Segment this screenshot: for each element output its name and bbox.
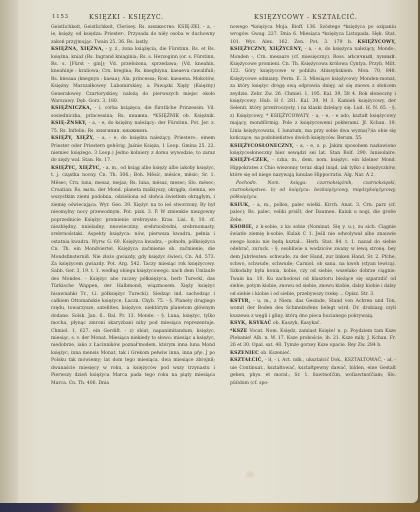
headword: KSIĘŻY, XIĘŻY, (51, 136, 94, 141)
headword: KSZENIEC (230, 351, 259, 356)
headword: KSZTAŁCIĆ, (230, 358, 263, 363)
headword: KSOBIE, (230, 225, 254, 230)
headword: KSYK, KSYKAĆ (230, 321, 271, 326)
headword: KSIĘŻY-CZEK, (230, 158, 269, 163)
dictionary-entry: KSZTAŁCIĆ, - ił, - i, Act. ndk., ukształ… (230, 357, 396, 387)
page-number: 1153 (52, 14, 69, 20)
page-header: 1153 KSIĘZKI - KSIĘZYC. KSIĘZYCOWY - KSZ… (44, 14, 396, 24)
dictionary-entry: KSZENIEC ob. Kszenieć. (230, 350, 396, 357)
headword: KSIĘŻYC, XIĘŻYC, (51, 166, 101, 171)
headword: KSIĘŻNICZKA, (51, 106, 92, 111)
headword: KSIĘŻNA, XIĘŻNA, (51, 47, 104, 52)
dictionary-entry: KSIĘŻNICZKA, - i, córka książęca, die fü… (51, 105, 215, 135)
headword: KSIĘ-ŻNSKY, (51, 121, 87, 126)
left-column: Geistlichkeit, Geistlichkeit, Clerisey. … (51, 24, 215, 387)
entry-continuation: nowego *księżyca Moja. Bioff. 136. Szóst… (230, 24, 396, 143)
dictionary-entry: KSOBIE, z k-sobie, z ku sobie (Nominat. … (230, 224, 396, 298)
dictionary-entry: KSIUK, - a, m., pollex, palec wielki. Ki… (230, 202, 396, 224)
dictionary-entry: KSTYR, - u, m., z Niem. das Gesinde, Sta… (230, 298, 396, 320)
dictionary-entry: KSIĘŻYC, XIĘŻYC, - a, m., od ksiąg albo … (51, 165, 215, 387)
dictionary-entry: *KSZE Vocat. Nom. Księdz, zamiast Księże… (230, 328, 396, 350)
dictionary-entry: KSIĘŻYCOSŁONECZNY, - a, - e, z. p. Jakim… (230, 143, 396, 180)
book-binding-edge (0, 503, 420, 512)
headword: KSTYR, (230, 299, 250, 304)
left-running-head: KSIĘZKI - KSIĘZYC. (89, 14, 164, 21)
dictionary-entry: KSIĘŻY, XIĘŻY, - a, - e, do księdza nale… (51, 135, 215, 165)
dictionary-entry: KSIĘŻNA, XIĘŻNA, - y, ż., żona książęcia… (51, 46, 215, 105)
page-gutter (0, 0, 18, 503)
headword: *KSZE (230, 329, 247, 334)
paper-stain (244, 470, 256, 479)
headword: KSIUK, (230, 203, 250, 208)
dictionary-page: 1153 KSIĘZKI - KSIĘZYC. KSIĘZYCOWY - KSZ… (0, 0, 418, 503)
entry-continuation: Geistlichkeit, Geistlichkeit, Clerisey. … (51, 24, 215, 46)
derivations-note: Pochodn. Nom. księga: czarnoksiężnik, cz… (230, 180, 396, 202)
right-running-head: KSIĘZYCOWY - KSZTAŁCIĆ. (254, 14, 357, 21)
headword: KSIĘŻYCOSŁONECZNY, (230, 144, 294, 149)
dictionary-entry: KSYK, KSYKAĆ ob. Kaszyk, Kasykać. (230, 320, 396, 327)
right-column: nowego *księżyca Moja. Bioff. 136. Szóst… (230, 24, 396, 387)
